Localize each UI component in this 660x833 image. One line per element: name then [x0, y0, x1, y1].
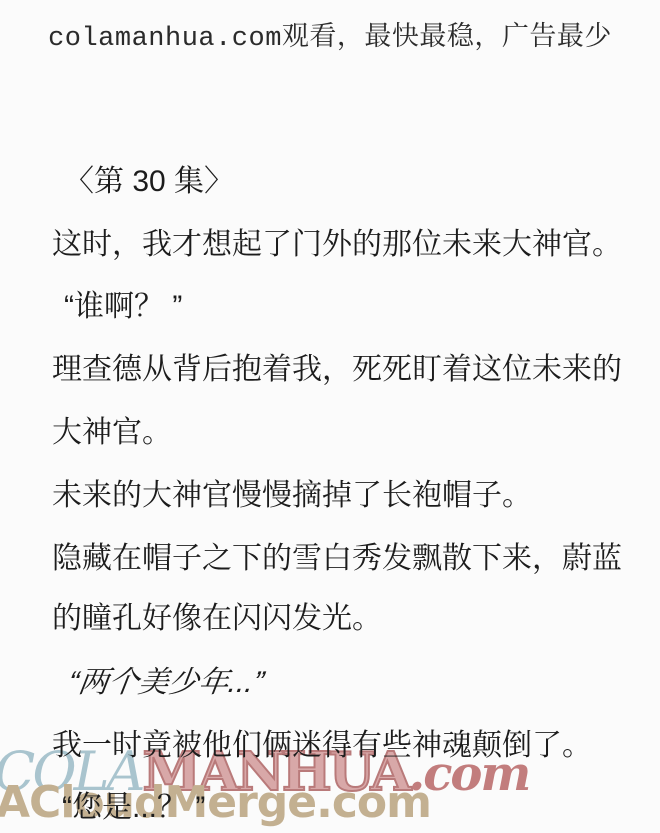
novel-line-quote: “您是...？ ” — [62, 790, 205, 826]
novel-line: 我一时竟被他们俩迷得有些神魂颠倒了。 — [52, 728, 592, 764]
novel-line: 理查德从背后抱着我，死死盯着这位未来的 — [52, 352, 622, 388]
novel-line: 的瞳孔好像在闪闪发光。 — [52, 601, 382, 637]
novel-line: 大神官。 — [52, 415, 172, 451]
novel-line: 隐藏在帽子之下的雪白秀发飘散下来，蔚蓝 — [52, 541, 622, 577]
site-promo-header: colamanhua.com观看，最快最稳，广告最少 — [0, 14, 660, 54]
chapter-title: 〈第 30 集〉 — [64, 164, 234, 200]
novel-line-quote-italic: “两个美少年...” — [66, 665, 266, 701]
novel-line: 这时，我才想起了门外的那位未来大神官。 — [52, 227, 622, 263]
novel-line: 未来的大神官慢慢摘掉了长袍帽子。 — [52, 478, 532, 514]
novel-line-quote: “谁啊？ ” — [64, 289, 182, 325]
novel-page: colamanhua.com观看，最快最稳，广告最少 〈第 30 集〉 这时，我… — [0, 0, 660, 833]
